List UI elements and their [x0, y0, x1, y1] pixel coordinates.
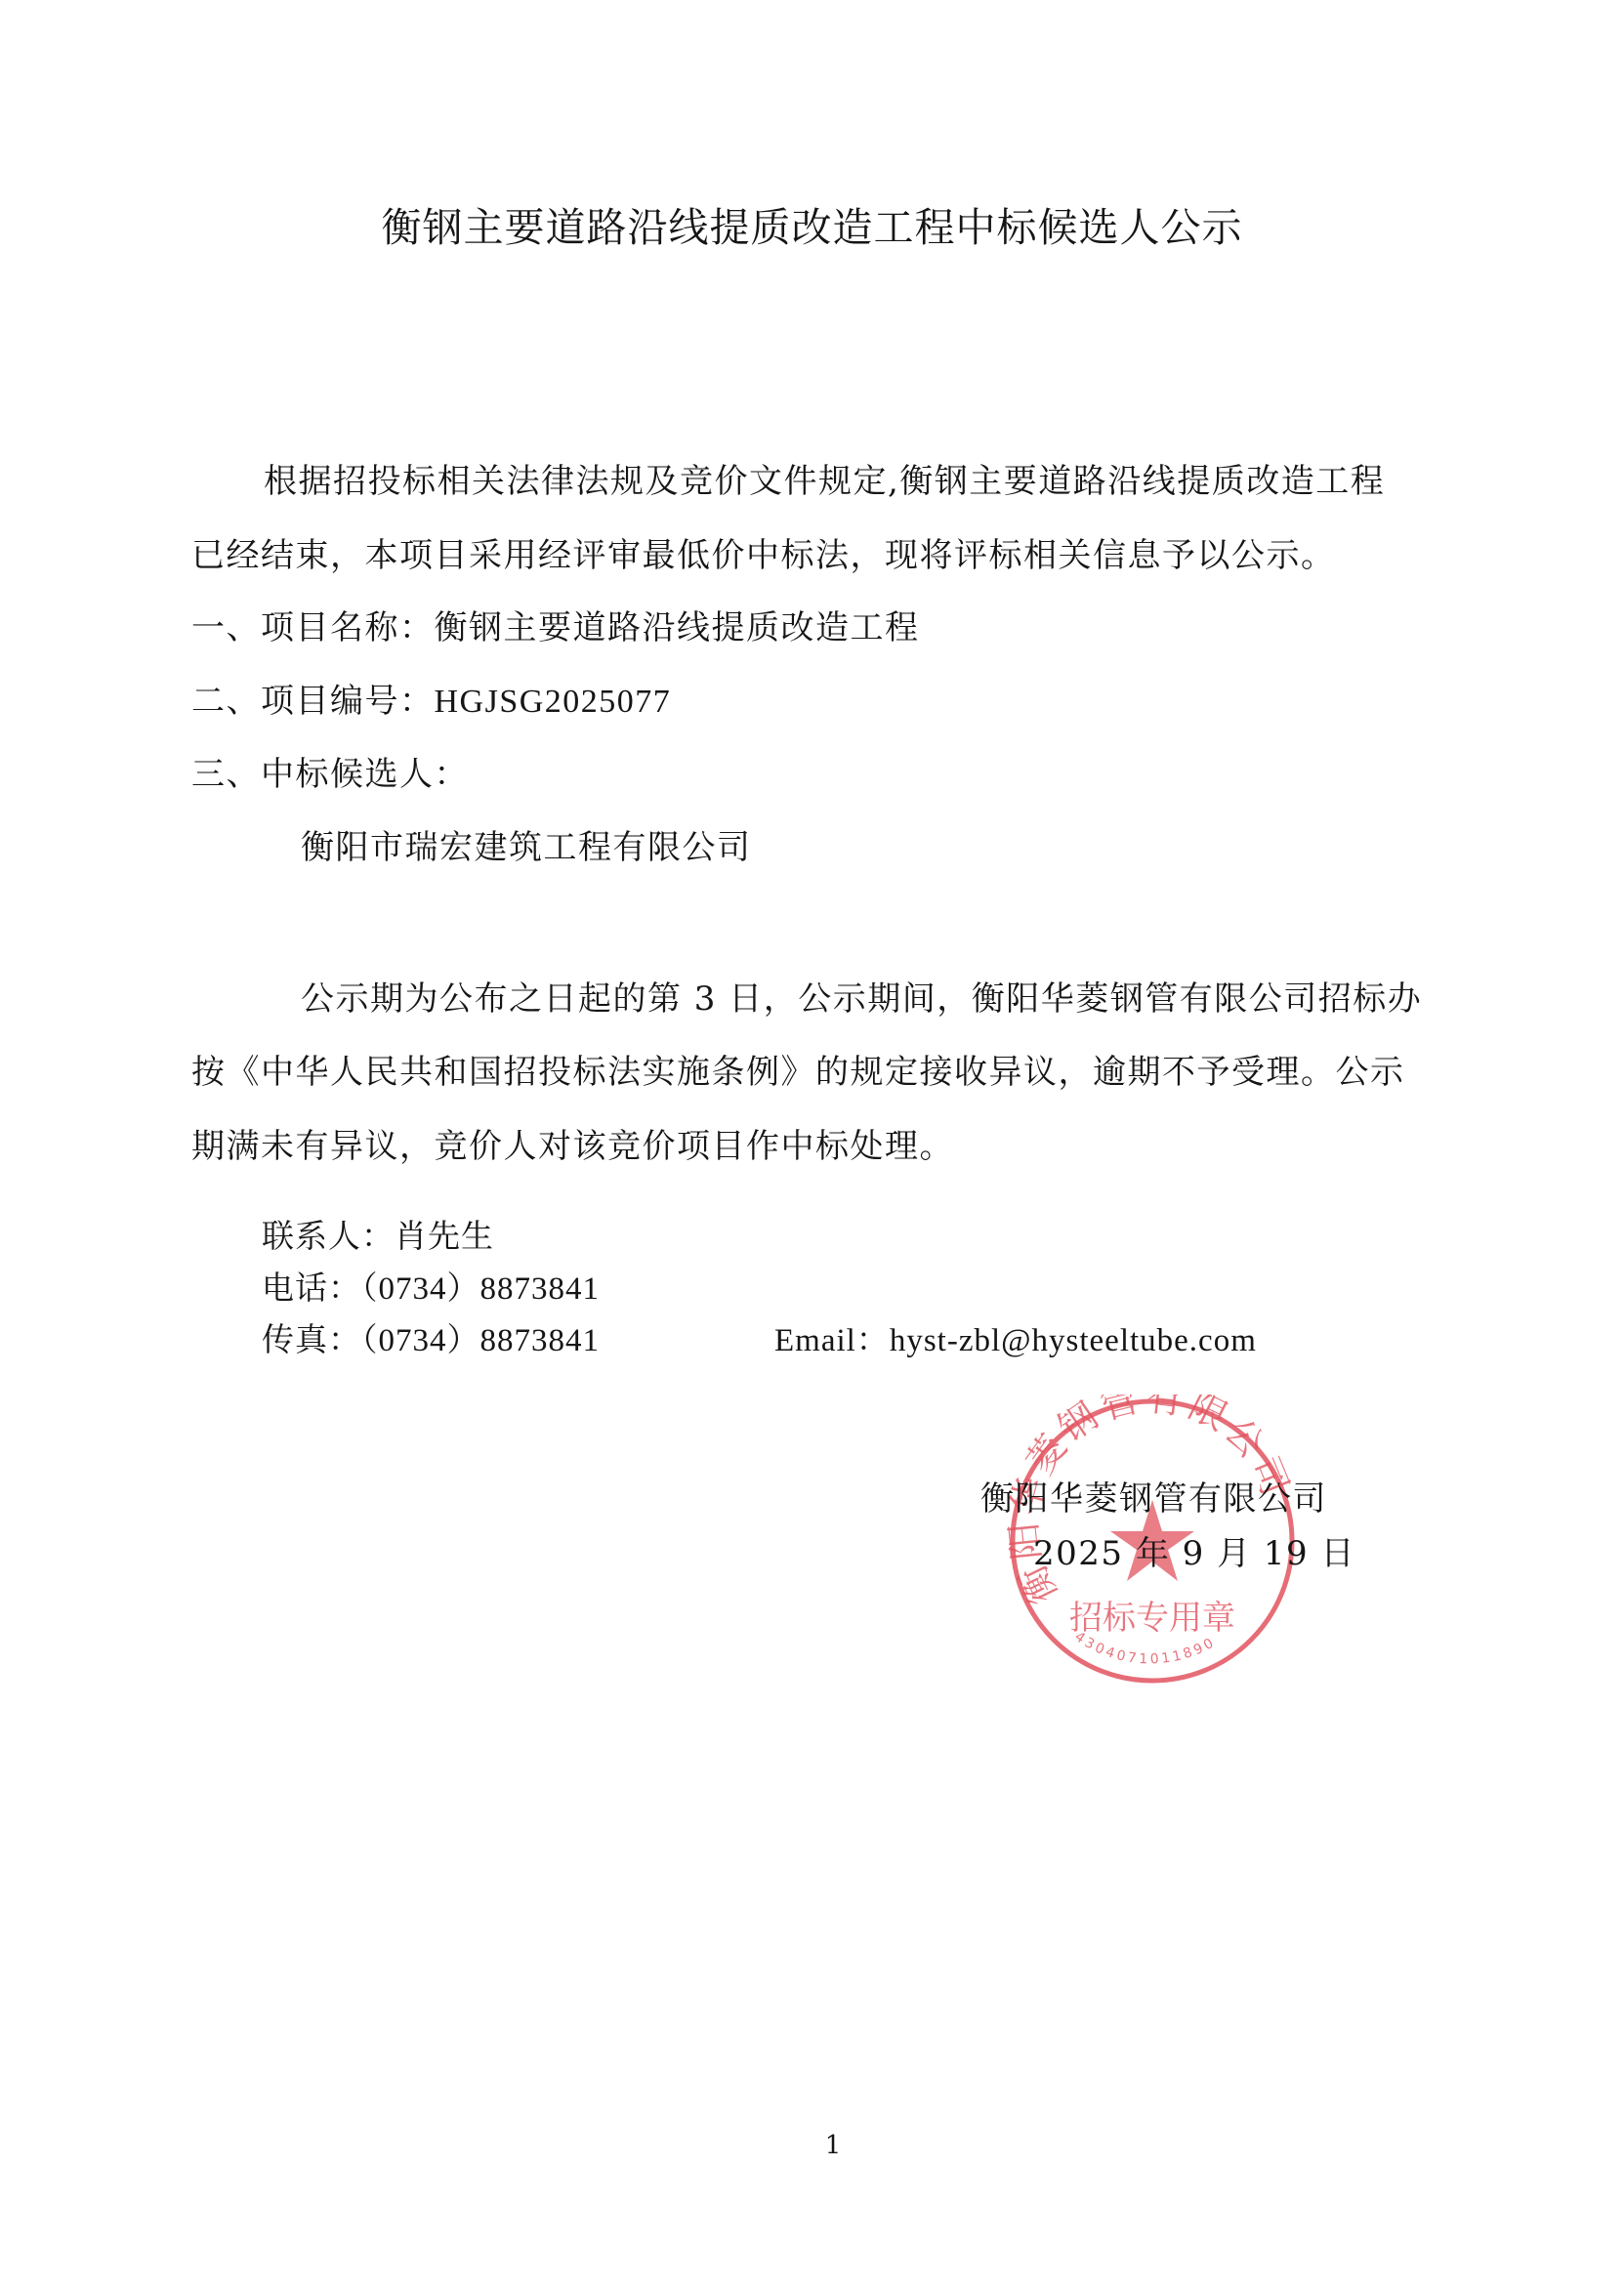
notice-line-2: 按《中华人民共和国招投标法实施条例》的规定接收异议，逾期不予受理。公示	[191, 1045, 1405, 1093]
item-label: 三、中标候选人：	[191, 755, 469, 794]
contact-phone-label: 电话：	[262, 1269, 361, 1307]
intro-line-1: 根据招投标相关法律法规及竞价文件规定,衡钢主要道路沿线提质改造工程	[264, 454, 1385, 502]
item-value: HGJSG2025077	[435, 684, 672, 720]
item-project-number: 二、项目编号：HGJSG2025077	[191, 674, 671, 722]
contact-phone-value: （0734）8873841	[361, 1271, 600, 1307]
notice-line-1: 公示期为公布之日起的第 3 日，公示期间，衡阳华菱钢管有限公司招标办	[301, 972, 1422, 1020]
contact-email-value[interactable]: hyst-zbl@hysteeltube.com	[890, 1323, 1257, 1358]
document-page: 衡钢主要道路沿线提质改造工程中标候选人公示 根据招投标相关法律法规及竞价文件规定…	[0, 0, 1624, 2291]
page-number: 1	[0, 2131, 1624, 2160]
contact-email-label: Email：	[774, 1323, 890, 1358]
signature-date: 2025 年 9 月 19 日	[1033, 1526, 1355, 1574]
item-label: 一、项目名称：	[191, 608, 435, 647]
item-value: 衡钢主要道路沿线提质改造工程	[435, 608, 920, 647]
item-label: 二、项目编号：	[191, 682, 435, 721]
signature-company: 衡阳华菱钢管有限公司	[980, 1472, 1327, 1520]
candidate-name: 衡阳市瑞宏建筑工程有限公司	[301, 820, 752, 868]
contact-fax-value: （0734）8873841	[361, 1323, 600, 1358]
contact-email: Email：hyst-zbl@hysteeltube.com	[774, 1314, 1257, 1360]
seal-inner-text: 招标专用章	[1069, 1599, 1235, 1638]
seal-code-text: 4304071011890	[1072, 1629, 1219, 1667]
svg-text:4304071011890: 4304071011890	[1072, 1629, 1219, 1667]
contact-person-value: 肖先生	[395, 1217, 494, 1255]
contact-person: 联系人：肖先生	[262, 1211, 494, 1257]
item-project-name: 一、项目名称：衡钢主要道路沿线提质改造工程	[191, 601, 920, 648]
contact-fax: 传真：（0734）8873841	[262, 1314, 600, 1360]
document-title: 衡钢主要道路沿线提质改造工程中标候选人公示	[0, 195, 1624, 253]
contact-person-label: 联系人：	[262, 1217, 395, 1255]
item-candidate-heading: 三、中标候选人：	[191, 747, 469, 795]
intro-line-2: 已经结束，本项目采用经评审最低价中标法，现将评标相关信息予以公示。	[191, 528, 1336, 576]
contact-fax-label: 传真：	[262, 1320, 361, 1358]
notice-line-3: 期满未有异议，竞价人对该竞价项目作中标处理。	[191, 1119, 954, 1167]
contact-phone: 电话：（0734）8873841	[262, 1263, 600, 1309]
